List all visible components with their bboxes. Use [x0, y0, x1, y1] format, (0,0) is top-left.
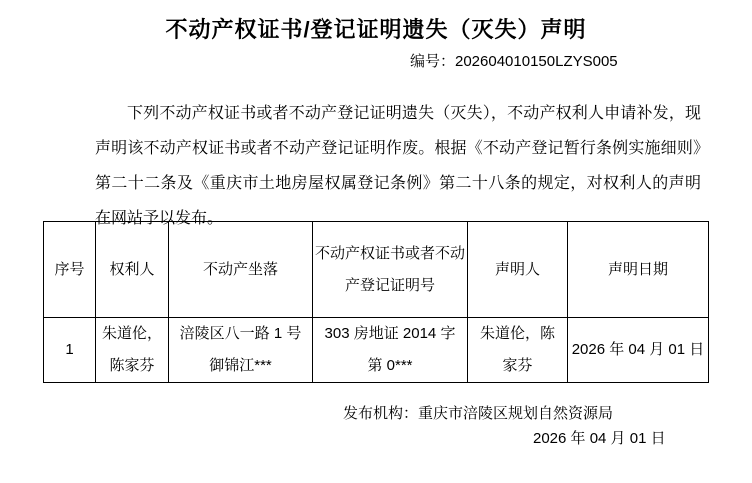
cell-cert-no: 303 房地证 2014 字 第 0*** [313, 318, 468, 383]
statements-table: 序号 权利人 不动产坐落 不动产权证书或者不动 产登记证明号 声明人 声明日期 … [43, 221, 709, 383]
cell-location: 涪陵区八一路 1 号 御锦江*** [169, 318, 313, 383]
page-title: 不动产权证书/登记证明遗失（灭失）声明 [0, 17, 752, 43]
cell-declarant: 朱道伦，陈 家芬 [468, 318, 568, 383]
issuer-line: 发布机构：重庆市涪陵区规划自然资源局 [343, 404, 613, 424]
issue-date: 2026 年 04 月 01 日 [533, 429, 666, 449]
table-header-row: 序号 权利人 不动产坐落 不动产权证书或者不动 产登记证明号 声明人 声明日期 [44, 222, 709, 318]
header-cell-declarant: 声明人 [468, 222, 568, 318]
table-row: 1 朱道伦， 陈家芬 涪陵区八一路 1 号 御锦江*** 303 房地证 201… [44, 318, 709, 383]
header-cell-location: 不动产坐落 [169, 222, 313, 318]
document-number: 编号：202604010150LZYS005 [410, 52, 618, 72]
header-cell-cert-no: 不动产权证书或者不动 产登记证明号 [313, 222, 468, 318]
cell-seq: 1 [44, 318, 96, 383]
cell-date: 2026 年 04 月 01 日 [568, 318, 709, 383]
statement-paragraph: 下列不动产权证书或者不动产登记证明遗失（灭失），不动产权利人申请补发，现声明该不… [95, 96, 701, 236]
header-cell-date: 声明日期 [568, 222, 709, 318]
header-cell-seq: 序号 [44, 222, 96, 318]
document: 不动产权证书/登记证明遗失（灭失）声明 编号：202604010150LZYS0… [0, 0, 752, 483]
header-cell-holder: 权利人 [96, 222, 169, 318]
cell-holder: 朱道伦， 陈家芬 [96, 318, 169, 383]
